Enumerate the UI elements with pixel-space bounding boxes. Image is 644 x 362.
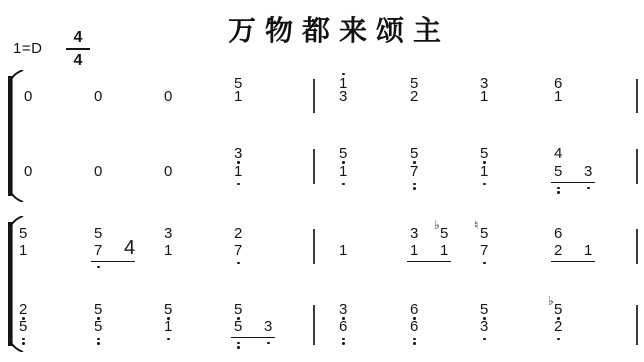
barline: [636, 149, 638, 184]
barline: [313, 149, 315, 184]
note-digit: 5: [480, 226, 488, 241]
note-digit: 5: [410, 146, 418, 161]
note-digit: 1: [19, 243, 27, 258]
note-digit: 5: [94, 226, 102, 241]
note-digit: 2: [554, 319, 562, 334]
octave-dot-low: [483, 338, 486, 341]
barline: [313, 229, 315, 264]
octave-dot-low: [167, 338, 170, 341]
octave-dot-low: [22, 342, 25, 345]
time-signature-numerator: 4: [66, 28, 90, 47]
octave-dot-low: [413, 187, 416, 190]
barline: [636, 305, 638, 345]
note-digit: 5: [480, 302, 488, 317]
note-digit: 7: [94, 243, 102, 258]
note-digit: 5: [94, 319, 102, 334]
note-digit: 5: [164, 302, 172, 317]
barline: [313, 79, 315, 113]
note-digit: 1: [410, 243, 418, 258]
octave-dot-low: [587, 187, 590, 190]
note-digit: 5: [554, 302, 562, 317]
note-digit: 1: [480, 164, 488, 179]
beam-line: [551, 261, 595, 263]
octave-dot-low: [22, 338, 25, 341]
page-title: 万物都来颂主: [0, 15, 644, 49]
note-digit: 6: [410, 319, 418, 334]
accidental-flat-icon: ♭: [548, 295, 554, 307]
octave-dot-low: [237, 183, 240, 186]
barline: [636, 229, 638, 264]
octave-dot-low: [557, 191, 560, 194]
octave-dot-low: [237, 342, 240, 345]
note-digit: 0: [164, 89, 172, 104]
beam-line: [407, 261, 451, 263]
note-digit: 7: [480, 243, 488, 258]
octave-dot-low: [557, 338, 560, 341]
note-digit: 0: [164, 164, 172, 179]
note-digit: 1: [339, 164, 347, 179]
beam-line: [91, 261, 135, 263]
note-digit: 1: [440, 243, 448, 258]
note-digit: 2: [19, 302, 27, 317]
system-bracket-1: [4, 70, 24, 202]
octave-dot-low: [413, 338, 416, 341]
time-signature-denominator: 4: [66, 51, 90, 70]
note-digit: 3: [480, 319, 488, 334]
note-digit: 0: [24, 164, 32, 179]
octave-dot-low: [97, 266, 100, 269]
note-digit: 5: [440, 226, 448, 241]
note-digit: 3: [339, 302, 347, 317]
note-digit: 1: [480, 89, 488, 104]
note-digit: 5: [234, 319, 242, 334]
beam-line: [231, 337, 275, 339]
octave-dot-low: [237, 346, 240, 349]
note-digit: 1: [339, 243, 347, 258]
note-digit: 1: [584, 243, 592, 258]
octave-dot-low: [413, 183, 416, 186]
octave-dot-low: [97, 338, 100, 341]
note-digit: 3: [584, 164, 592, 179]
note-digit: 3: [264, 319, 272, 334]
note-digit: 5: [234, 302, 242, 317]
octave-dot-low: [413, 342, 416, 345]
note-digit: 5: [554, 164, 562, 179]
note-digit: 1: [554, 89, 562, 104]
time-signature: 4 4: [66, 28, 90, 70]
octave-dot-low: [342, 183, 345, 186]
note-digit: 6: [410, 302, 418, 317]
note-digit: 1: [234, 164, 242, 179]
octave-dot-low: [342, 342, 345, 345]
score-page: 万物都来颂主 1=D 4 4 0005113523161000315157514…: [0, 0, 644, 362]
octave-dot-low: [483, 183, 486, 186]
note-digit: 2: [234, 226, 242, 241]
note-digit: 5: [94, 302, 102, 317]
octave-dot-low: [483, 262, 486, 265]
note-digit: 3: [234, 146, 242, 161]
octave-dot-high: [342, 73, 345, 76]
note-digit: 2: [410, 89, 418, 104]
accidental-flat-icon: ♭: [434, 219, 440, 231]
octave-dot-low: [237, 262, 240, 265]
note-digit: 1: [164, 319, 172, 334]
key-signature: 1=D: [13, 40, 42, 57]
octave-dot-low: [267, 342, 270, 345]
note-digit: 4: [124, 238, 135, 258]
note-digit: 5: [480, 146, 488, 161]
note-digit: 1: [164, 243, 172, 258]
note-digit: 1: [234, 89, 242, 104]
accidental-natural-icon: ♮: [474, 219, 478, 231]
octave-dot-low: [557, 187, 560, 190]
note-digit: 2: [554, 243, 562, 258]
note-digit: 3: [339, 89, 347, 104]
note-digit: 4: [554, 146, 562, 161]
octave-dot-low: [97, 342, 100, 345]
note-digit: 0: [24, 89, 32, 104]
note-digit: 6: [554, 226, 562, 241]
octave-dot-low: [342, 338, 345, 341]
note-digit: 5: [19, 319, 27, 334]
time-signature-fraction-bar: [66, 48, 90, 50]
note-digit: 0: [94, 89, 102, 104]
note-digit: 3: [410, 226, 418, 241]
note-digit: 0: [94, 164, 102, 179]
note-digit: 7: [234, 243, 242, 258]
note-digit: 5: [339, 146, 347, 161]
beam-line: [551, 182, 595, 184]
note-digit: 7: [410, 164, 418, 179]
note-digit: 5: [19, 226, 27, 241]
barline: [313, 305, 315, 345]
note-digit: 3: [164, 226, 172, 241]
note-digit: 6: [339, 319, 347, 334]
barline: [636, 79, 638, 113]
